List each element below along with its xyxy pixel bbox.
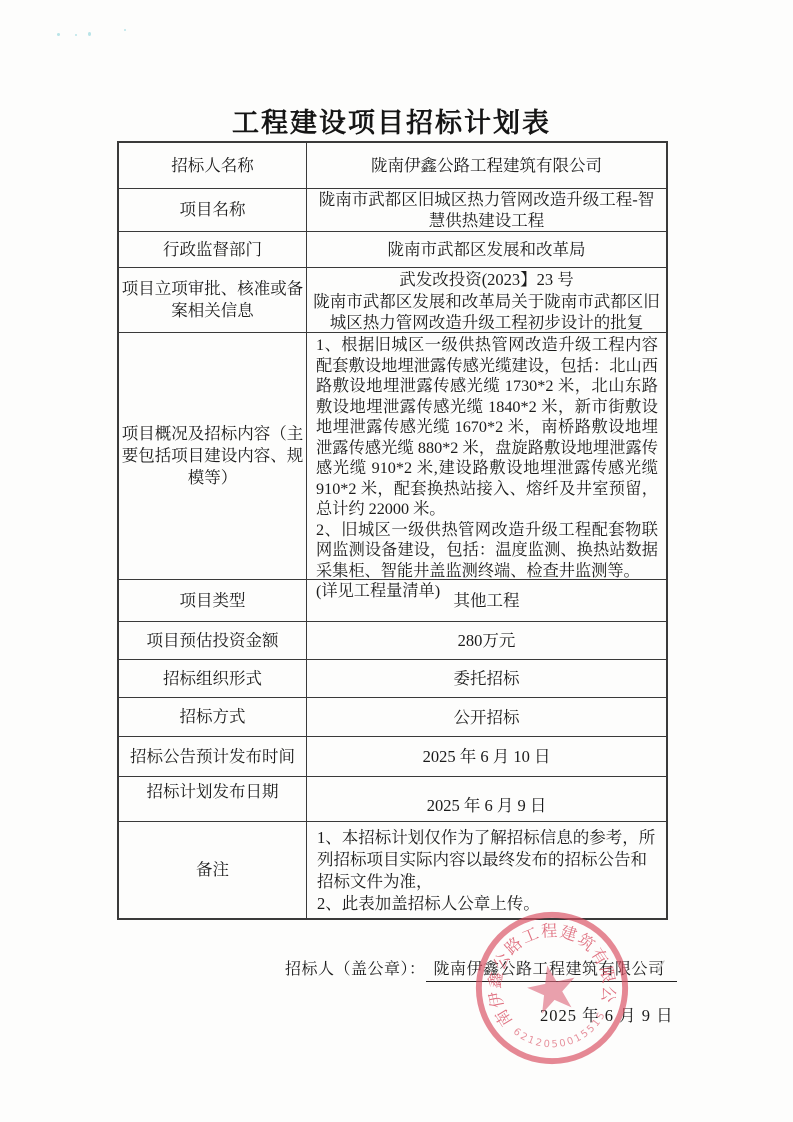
pen-tick-icon: ✓ bbox=[652, 955, 671, 979]
table-row-plan-release-date: 招标计划发布日期 2025 年 6 月 9 日 bbox=[119, 777, 666, 822]
row-value: 2025 年 6 月 10 日 bbox=[307, 737, 666, 776]
scan-speck bbox=[124, 29, 126, 31]
star-icon: ★ bbox=[517, 947, 588, 1031]
row-value: 陇南市武都区发展和改革局 bbox=[307, 232, 666, 267]
table-row-bidder-name: 招标人名称 陇南伊鑫公路工程建筑有限公司 bbox=[119, 143, 666, 189]
row-label: 招标计划发布日期 bbox=[119, 777, 307, 821]
row-label: 备注 bbox=[119, 822, 307, 918]
page-title: 工程建设项目招标计划表 bbox=[0, 101, 783, 140]
row-value: 陇南伊鑫公路工程建筑有限公司 bbox=[307, 143, 666, 188]
row-label: 招标人名称 bbox=[119, 143, 307, 188]
scan-speck bbox=[57, 33, 60, 36]
table-row-supervision-dept: 行政监督部门 陇南市武都区发展和改革局 bbox=[119, 232, 666, 268]
row-label: 招标组织形式 bbox=[119, 660, 307, 697]
table-row-bidding-method: 招标方式 公开招标 bbox=[119, 698, 666, 737]
row-value: 2025 年 6 月 9 日 bbox=[307, 777, 666, 821]
row-value: 其他工程 bbox=[307, 580, 666, 621]
table-row-announcement-date: 招标公告预计发布时间 2025 年 6 月 10 日 bbox=[119, 737, 666, 777]
bidding-plan-table: 招标人名称 陇南伊鑫公路工程建筑有限公司 项目名称 陇南市武都区旧城区热力管网改… bbox=[117, 141, 668, 920]
row-label: 行政监督部门 bbox=[119, 232, 307, 267]
row-label: 项目预估投资金额 bbox=[119, 622, 307, 659]
row-value: 公开招标 bbox=[307, 698, 666, 736]
row-label: 项目名称 bbox=[119, 189, 307, 231]
table-row-organization-form: 招标组织形式 委托招标 bbox=[119, 660, 666, 698]
document-page: 工程建设项目招标计划表 招标人名称 陇南伊鑫公路工程建筑有限公司 项目名称 陇南… bbox=[0, 0, 793, 1122]
table-row-approval-info: 项目立项审批、核准或备案相关信息 武发改投资(2023】23 号 陇南市武都区发… bbox=[119, 268, 666, 333]
table-row-project-type: 项目类型 其他工程 bbox=[119, 580, 666, 622]
row-label: 招标公告预计发布时间 bbox=[119, 737, 307, 776]
row-label: 项目立项审批、核准或备案相关信息 bbox=[119, 268, 307, 332]
row-value: 陇南市武都区旧城区热力管网改造升级工程-智慧供热建设工程 bbox=[307, 189, 666, 231]
row-value: 1、根据旧城区一级供热管网改造升级工程内容配套敷设地埋泄露传感光缆建设，包括：北… bbox=[307, 333, 666, 579]
row-value: 武发改投资(2023】23 号 陇南市武都区发展和改革局关于陇南市武都区旧城区热… bbox=[307, 268, 666, 332]
table-row-project-name: 项目名称 陇南市武都区旧城区热力管网改造升级工程-智慧供热建设工程 bbox=[119, 189, 666, 232]
row-value: 280万元 bbox=[307, 622, 666, 659]
row-value: 委托招标 bbox=[307, 660, 666, 697]
table-row-project-overview: 项目概况及招标内容（主要包括项目建设内容、规模等） 1、根据旧城区一级供热管网改… bbox=[119, 333, 666, 580]
company-seal-stamp: ★ 陇南伊鑫公路工程建筑有限公司 6212050015515 bbox=[468, 904, 636, 1072]
row-label: 项目概况及招标内容（主要包括项目建设内容、规模等） bbox=[119, 333, 307, 579]
row-label: 招标方式 bbox=[119, 698, 307, 736]
scan-speck bbox=[88, 32, 91, 36]
signature-label: 招标人（盖公章）： bbox=[285, 961, 426, 978]
row-label: 项目类型 bbox=[119, 580, 307, 621]
scan-speck bbox=[75, 34, 77, 36]
table-row-estimated-investment: 项目预估投资金额 280万元 bbox=[119, 622, 666, 660]
